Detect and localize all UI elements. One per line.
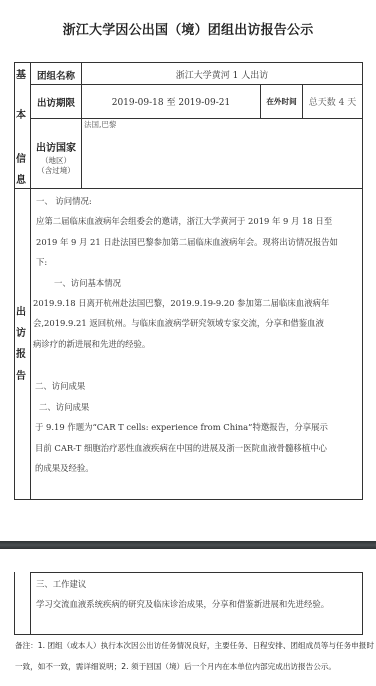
report-line: 病诊疗的新进展和先进的经验。 (33, 338, 150, 350)
side-label-report-1: 出 (13, 303, 29, 318)
report-line: 二、访问成果 (39, 401, 89, 413)
country-label: 出访国家 (31, 139, 81, 154)
side-label-report-2: 访 (13, 324, 29, 339)
country-sub-transit: （含过境） (31, 165, 81, 176)
side-label-basic-3: 信 (13, 150, 29, 165)
side-label-basic-2: 本 (13, 106, 29, 121)
suggestions-text: 学习交流血液系统疾病的研究及临床诊治成果，分享和借鉴新进展和先进经验。 (36, 598, 329, 610)
report-line: 2019 年 9 月 21 日赴法国巴黎参加第二届临床血液病年会。现将出访情况报… (36, 236, 338, 248)
side-label-report-4: 告 (13, 367, 29, 382)
country-value: 法国,巴黎 (84, 119, 116, 130)
page-title: 浙江大学因公出国（境）团组出访报告公示 (0, 19, 376, 38)
group-name-value: 浙江大学黄河 1 人出访 (82, 68, 362, 81)
side-label-basic-4: 息 (13, 171, 29, 186)
footnote-line-1: 备注：1. 团组（或本人）执行本次因公出访任务情况良好，主要任务、日程安排、团组… (15, 640, 374, 651)
report-line: 会,2019.9.21 返回杭州。与临床血液病学研究领域专家交流，分享和借鉴血液 (33, 317, 324, 329)
report-line: 2019.9.18 日离开杭州赴法国巴黎，2019.9.19-9.20 参加第二… (33, 297, 329, 309)
time-abroad-value: 总天数 4 天 (303, 95, 362, 108)
time-abroad-label: 在外时间 (261, 96, 302, 107)
report-line: 一、 访问情况: (36, 195, 92, 207)
side-label-basic-1: 基 (13, 66, 29, 81)
side-label-report-3: 报 (13, 345, 29, 360)
page-break-divider (0, 541, 376, 549)
group-name-label: 团组名称 (31, 68, 81, 82)
footnote-line-2: 一致，如不一致，需详细说明；2. 须于回国（境）后一个月内在本单位内部完成出访报… (15, 661, 336, 672)
period-value: 2019-09-18 至 2019-09-21 (82, 95, 260, 108)
report-line: 的成果及经验。 (35, 462, 94, 474)
report-line: 一、访问基本情况 (54, 277, 121, 289)
suggestions-heading: 三、工作建议 (36, 578, 86, 590)
report-line: 下: (36, 256, 47, 268)
period-label: 出访期限 (31, 95, 81, 109)
report-line: 二、访问成果 (35, 380, 85, 392)
report-line: 于 9.19 作题为“CAR T cells: experience from … (35, 421, 328, 433)
report-line: 目前 CAR-T 细胞治疗恶性血液疾病在中国的进展及浙一医院血液骨髓移植中心 (35, 442, 327, 454)
report-line: 应第二届临床血液病年会组委会的邀请，浙江大学黄河于 2019 年 9 月 18 … (36, 215, 332, 227)
